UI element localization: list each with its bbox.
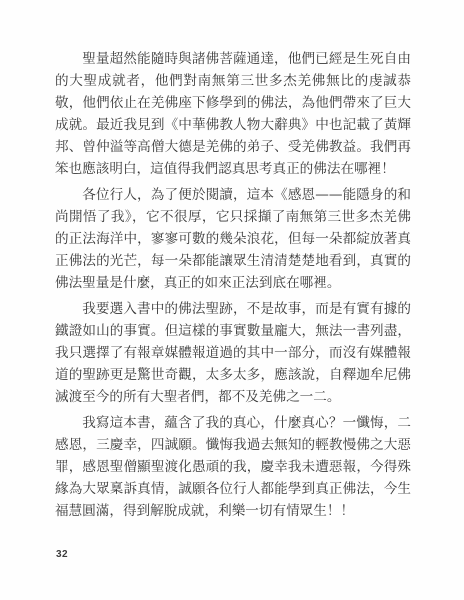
- paragraph-3: 我要選入書中的佛法聖跡，不是故事，而是有實有據的鐵證如山的事實。但這樣的事實數量…: [55, 298, 411, 408]
- document-page: 聖量超然能隨時與諸佛菩薩通達，他們已經是生死自由的大聖成就者，他們對南無第三世多…: [0, 0, 464, 600]
- paragraph-2: 各位行人，為了便於閱讀，這本《感恩——能隱身的和尚開悟了我》，它不很厚，它只採擷…: [55, 184, 411, 294]
- paragraph-1: 聖量超然能隨時與諸佛菩薩通達，他們已經是生死自由的大聖成就者，他們對南無第三世多…: [55, 48, 411, 180]
- paragraph-4: 我寫這本書，蘊含了我的真心，什麼真心？一懺悔，二感恩，三慶幸，四誠願。懺悔我過去…: [55, 412, 411, 522]
- body-text: 聖量超然能隨時與諸佛菩薩通達，他們已經是生死自由的大聖成就者，他們對南無第三世多…: [55, 48, 411, 526]
- page-number: 32: [56, 549, 68, 560]
